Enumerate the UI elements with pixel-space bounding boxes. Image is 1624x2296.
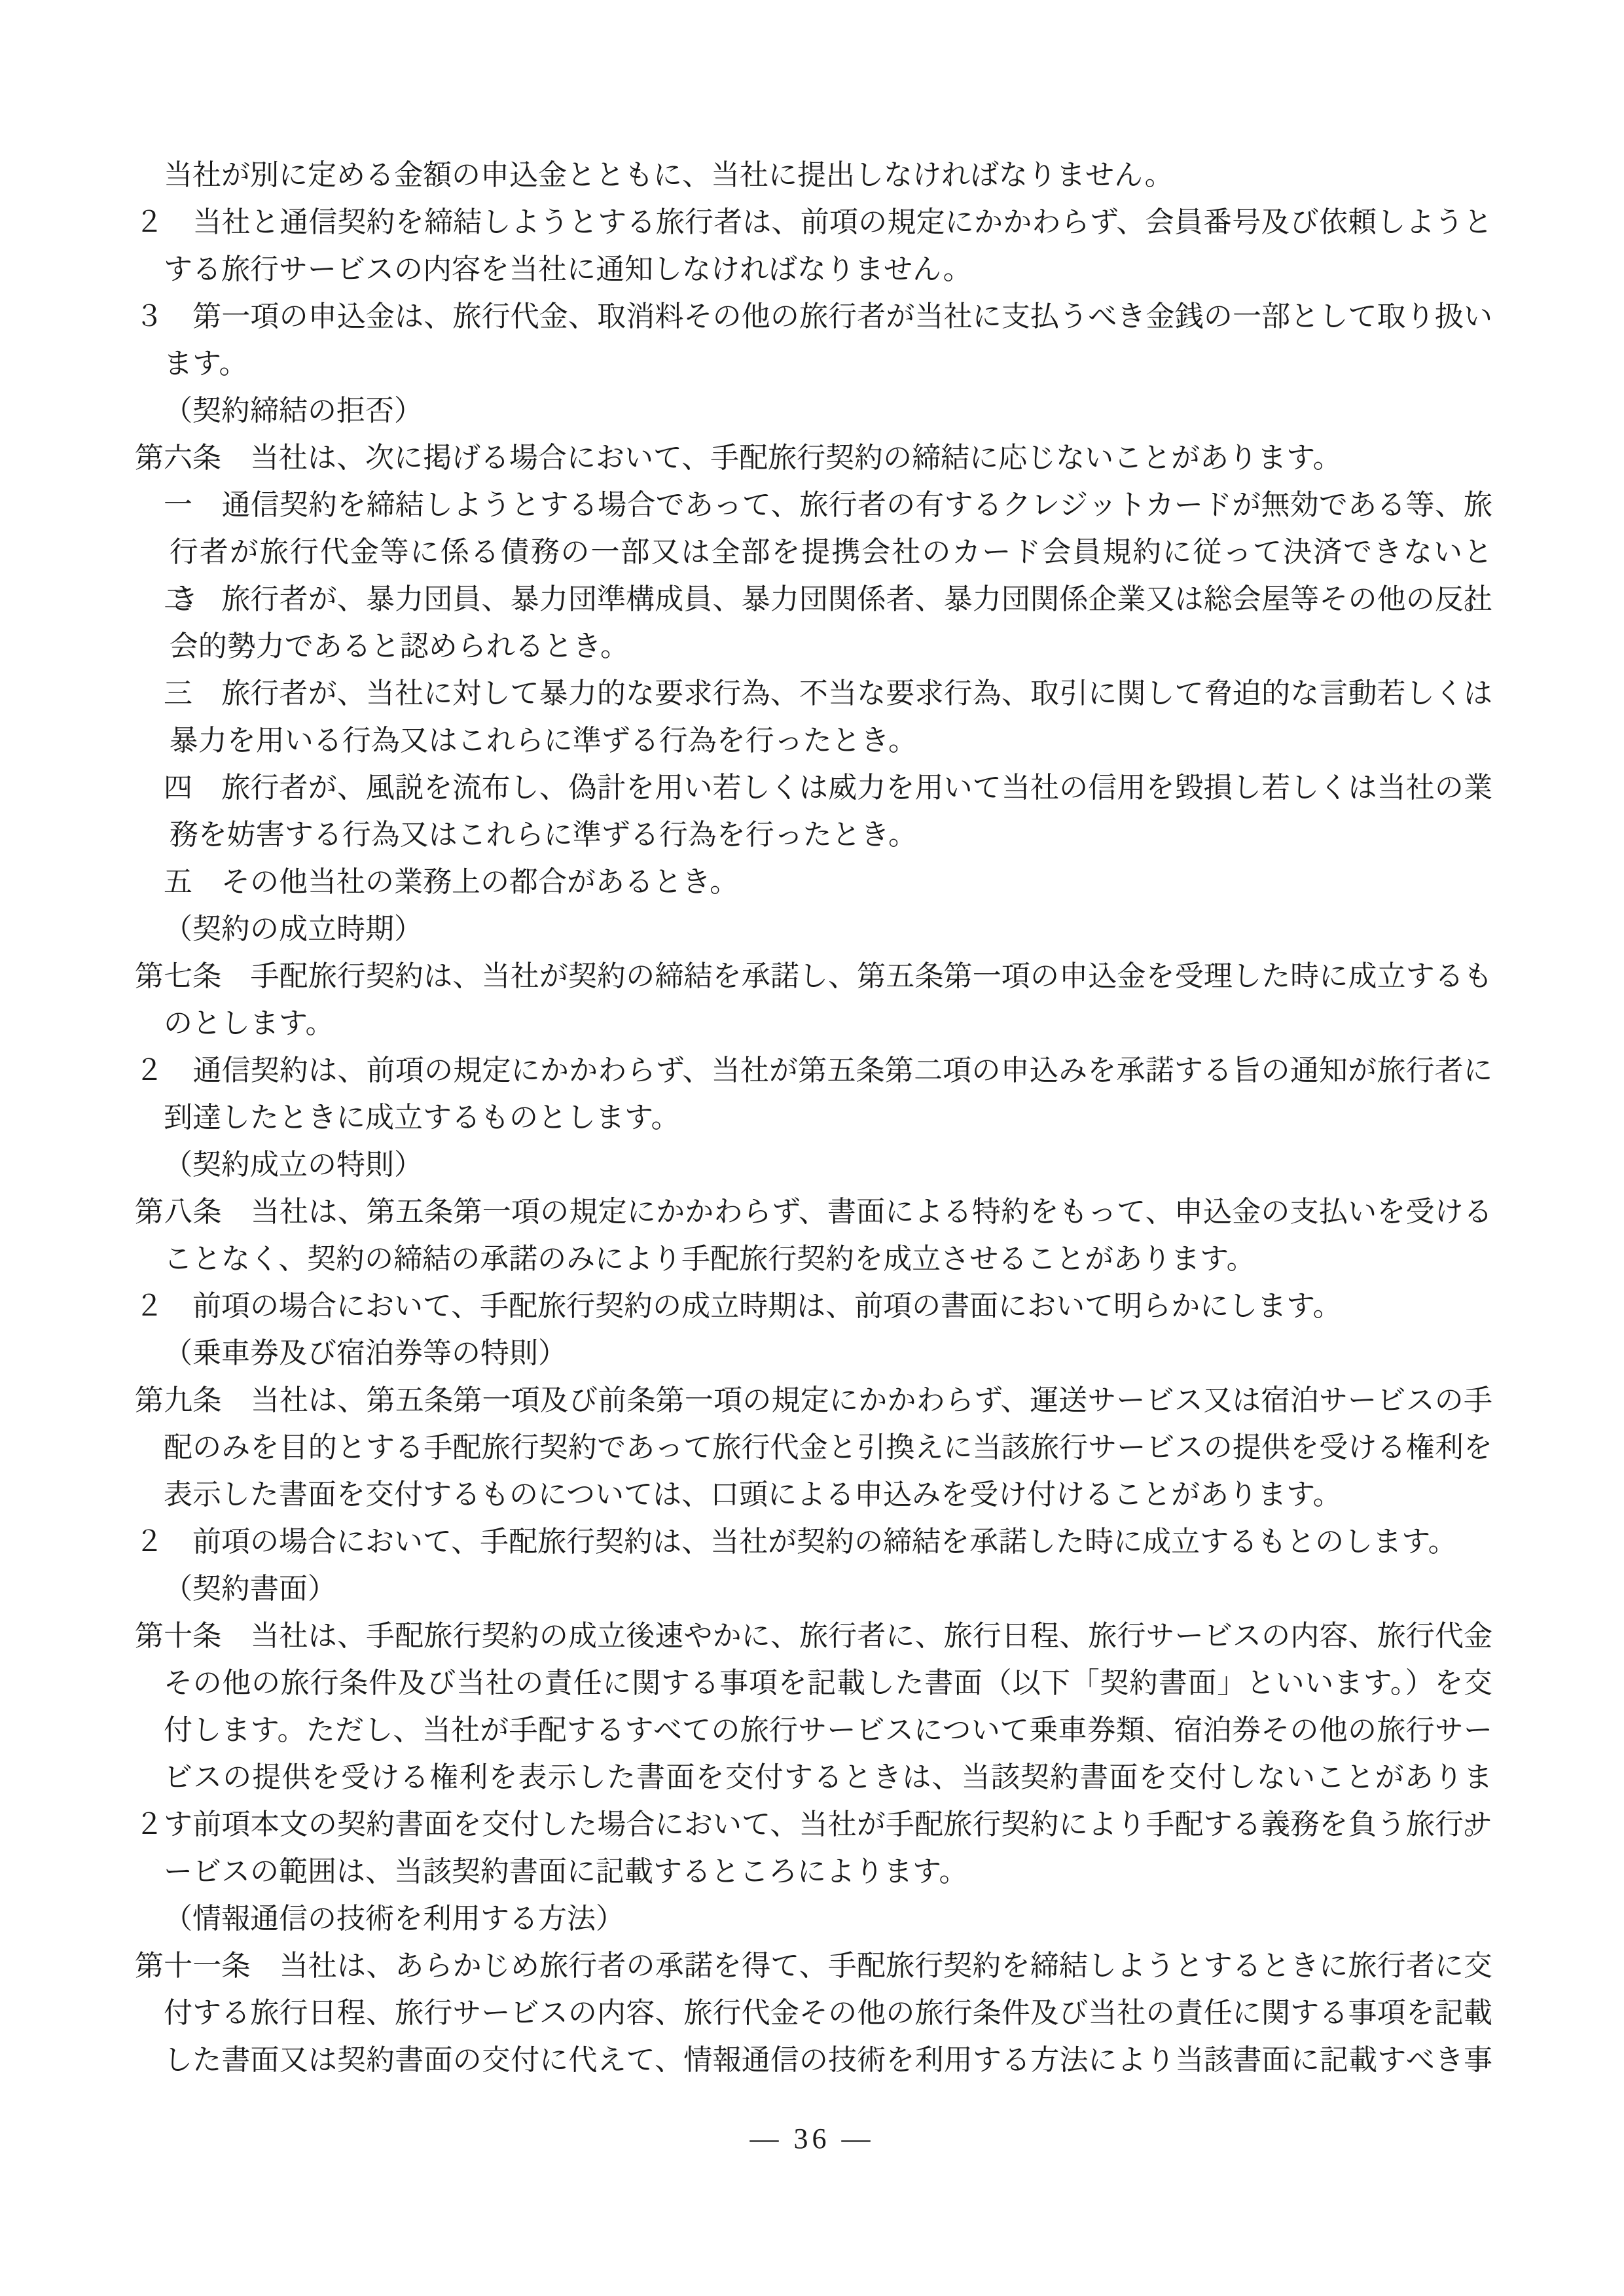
paragraph-line: ２ 通信契約は、前項の規定にかかわらず、当社が第五条第二項の申込みを承諾する旨の… [135,1047,1492,1094]
article-line: 第九条 当社は、第五条第一項及び前条第一項の規定にかかわらず、運送サービス又は宿… [135,1377,1492,1424]
continuation-line: その他の旅行条件及び当社の責任に関する事項を記載した書面（以下「契約書面」といい… [135,1660,1492,1707]
continuation-line: する旅行サービスの内容を当社に通知しなければなりません。 [135,246,1492,293]
continuation-line: ビスの提供を受ける権利を表示した書面を交付するときは、当該契約書面を交付しないこ… [135,1754,1492,1801]
paragraph-line: ２ 前項本文の契約書面を交付した場合において、当社が手配旅行契約により手配する義… [135,1801,1492,1848]
heading-line: （契約成立の特則） [135,1141,1492,1189]
continuation-line: ます。 [135,340,1492,387]
continuation-line: 配のみを目的とする手配旅行契約であって旅行代金と引換えに当該旅行サービスの提供を… [135,1424,1492,1471]
page-number: ― 36 ― [750,2123,875,2155]
heading-line: （契約の成立時期） [135,906,1492,953]
heading-line: （契約書面） [135,1566,1492,1613]
item-line: 五 その他当社の業務上の都合があるとき。 [135,859,1492,906]
item-line: 二 旅行者が、暴力団員、暴力団準構成員、暴力団関係者、暴力団関係企業又は総会屋等… [135,576,1492,623]
page-footer: ― 36 ― [0,2119,1624,2159]
paragraph-line: ３ 第一項の申込金は、旅行代金、取消料その他の旅行者が当社に支払うべき金銭の一部… [135,293,1492,340]
item-line: 一 通信契約を締結しようとする場合であって、旅行者の有するクレジットカードが無効… [135,482,1492,529]
paragraph-line: ２ 前項の場合において、手配旅行契約の成立時期は、前項の書面において明らかにしま… [135,1283,1492,1330]
paragraph-line: ２ 前項の場合において、手配旅行契約は、当社が契約の締結を承諾した時に成立するも… [135,1518,1492,1566]
item-continuation-line: 会的勢力であると認められるとき。 [135,623,1492,670]
document-page: 当社が別に定める金額の申込金とともに、当社に提出しなければなりません。２ 当社と… [0,0,1624,2296]
article-line: 第七条 手配旅行契約は、当社が契約の締結を承諾し、第五条第一項の申込金を受理した… [135,953,1492,1000]
heading-line: （契約締結の拒否） [135,387,1492,435]
continuation-line: 当社が別に定める金額の申込金とともに、当社に提出しなければなりません。 [135,152,1492,199]
article-line: 第六条 当社は、次に掲げる場合において、手配旅行契約の締結に応じないことがありま… [135,435,1492,482]
continuation-line: 表示した書面を交付するものについては、口頭による申込みを受け付けることがあります… [135,1471,1492,1518]
article-line: 第十一条 当社は、あらかじめ旅行者の承諾を得て、手配旅行契約を締結しようとすると… [135,1943,1492,1990]
continuation-line: ことなく、契約の締結の承諾のみにより手配旅行契約を成立させることがあります。 [135,1236,1492,1283]
continuation-line: 付する旅行日程、旅行サービスの内容、旅行代金その他の旅行条件及び当社の責任に関す… [135,1990,1492,2037]
article-line: 第十条 当社は、手配旅行契約の成立後速やかに、旅行者に、旅行日程、旅行サービスの… [135,1613,1492,1660]
continuation-line: 付します。ただし、当社が手配するすべての旅行サービスについて乗車券類、宿泊券その… [135,1707,1492,1754]
item-line: 四 旅行者が、風説を流布し、偽計を用い若しくは威力を用いて当社の信用を毀損し若し… [135,764,1492,812]
paragraph-line: ２ 当社と通信契約を締結しようとする旅行者は、前項の規定にかかわらず、会員番号及… [135,199,1492,246]
item-continuation-line: 務を妨害する行為又はこれらに準ずる行為を行ったとき。 [135,812,1492,859]
continuation-line: 到達したときに成立するものとします。 [135,1094,1492,1141]
item-continuation-line: 暴力を用いる行為又はこれらに準ずる行為を行ったとき。 [135,717,1492,764]
document-body: 当社が別に定める金額の申込金とともに、当社に提出しなければなりません。２ 当社と… [135,152,1492,2084]
item-continuation-line: 行者が旅行代金等に係る債務の一部又は全部を提携会社のカード会員規約に従って決済で… [135,529,1492,576]
continuation-line: した書面又は契約書面の交付に代えて、情報通信の技術を利用する方法により当該書面に… [135,2037,1492,2084]
heading-line: （乗車券及び宿泊券等の特則） [135,1330,1492,1377]
continuation-line: ービスの範囲は、当該契約書面に記載するところによります。 [135,1848,1492,1895]
heading-line: （情報通信の技術を利用する方法） [135,1895,1492,1943]
article-line: 第八条 当社は、第五条第一項の規定にかかわらず、書面による特約をもって、申込金の… [135,1189,1492,1236]
item-line: 三 旅行者が、当社に対して暴力的な要求行為、不当な要求行為、取引に関して脅迫的な… [135,670,1492,717]
continuation-line: のとします。 [135,1000,1492,1047]
